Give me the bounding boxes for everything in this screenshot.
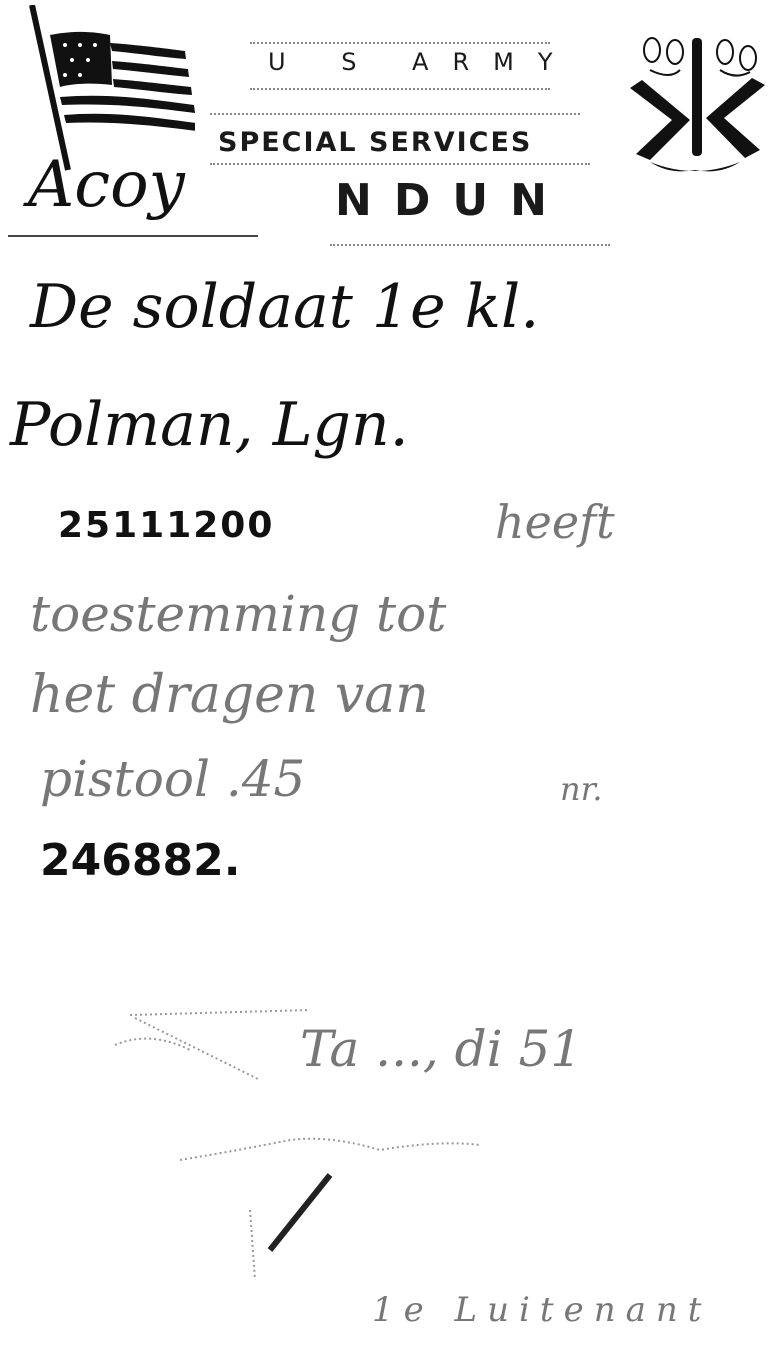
body-line-2: Polman, Lgn. [10, 390, 409, 460]
letterhead-rule [210, 163, 590, 165]
body-line-4: toestemming tot [30, 585, 446, 643]
body-line-1: De soldaat 1e kl. [30, 272, 539, 342]
letterhead-line1: U S ARMY [268, 48, 577, 76]
body-line-3-number: 25111200 [58, 505, 274, 546]
letterhead-rule [210, 113, 580, 115]
crossed-rifles-crest-icon [620, 30, 770, 180]
letterhead-line2: SPECIAL SERVICES [218, 127, 532, 158]
body-line-7-number: 246882. [40, 835, 240, 886]
header-center-word: NDUN [335, 175, 569, 226]
header-rule [330, 244, 610, 246]
header-left-word: Acoy [28, 148, 185, 222]
header-underline [8, 235, 258, 237]
body-line-5: het dragen van [30, 665, 429, 725]
body-line-3-word: heeft [495, 495, 615, 549]
signature-scribble [160, 1130, 640, 1310]
signature-line-1: Ta ..., di 51 [300, 1020, 582, 1078]
letterhead-rule [250, 88, 550, 90]
signature-line-2: 1e Luitenant [372, 1290, 711, 1330]
letterhead-rule [250, 42, 550, 44]
body-line-6: pistool .45 [40, 750, 305, 808]
body-line-6-suffix: nr. [560, 770, 603, 808]
